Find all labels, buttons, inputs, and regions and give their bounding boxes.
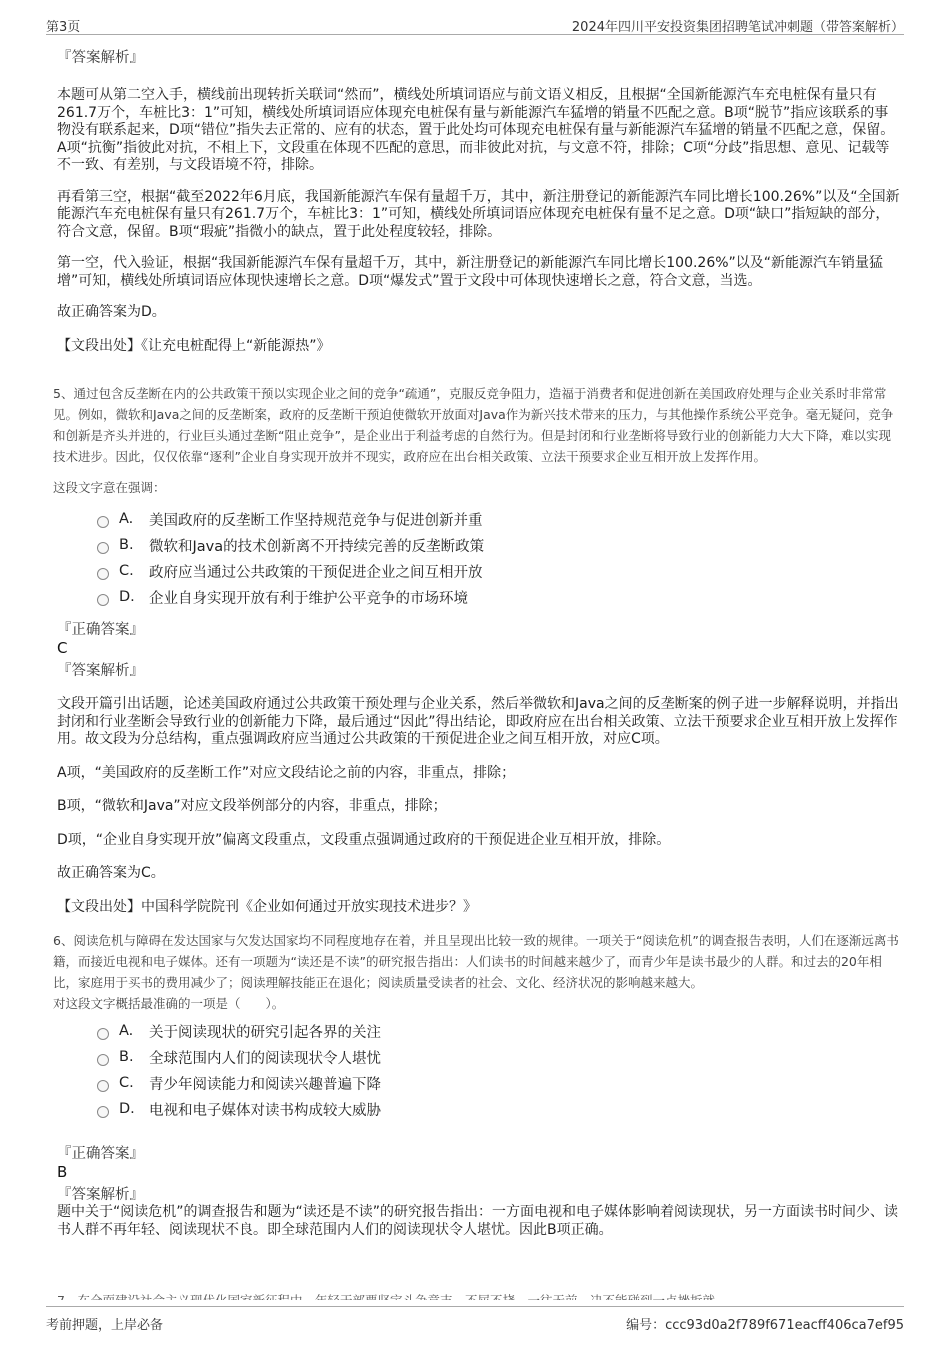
page-footer: 考前押题，上岸必备 编号：ccc93d0a2f789f671eacff406ca…	[46, 1306, 904, 1307]
footer-slogan: 考前押题，上岸必备	[46, 1314, 163, 1333]
source-citation: 【文段出处】《让充电桩配得上“新能源热”》	[57, 338, 902, 356]
radio-button[interactable]	[97, 542, 109, 554]
analysis-paragraph: A项，“美国政府的反垄断工作”对应文段结论之前的内容，非重点，排除；	[57, 765, 902, 783]
analysis-paragraph: B项，“微软和Java”对应文段举例部分的内容，非重点，排除；	[57, 798, 902, 816]
radio-button[interactable]	[97, 516, 109, 528]
question-stem: 5、通过包含反垄断在内的公共政策干预以实现企业之间的竞争“疏通”，克服反竞争阻力…	[53, 383, 902, 467]
analysis-label: 『答案解析』	[57, 659, 902, 680]
document-title: 2024年四川平安投资集团招聘笔试冲刺题（带答案解析）	[572, 16, 904, 35]
question-prompt: 对这段文字概括最准确的一项是（ ）。	[53, 993, 902, 1014]
question-stem: 6、阅读危机与障碍在发达国家与欠发达国家均不同程度地存在着，并且呈现出比较一致的…	[53, 930, 902, 993]
option-d[interactable]: D. 企业自身实现开放有利于维护公平竞争的市场环境	[97, 584, 902, 610]
analysis-paragraph: 第一空，代入验证，根据“我国新能源汽车保有量超千万，其中，新注册登记的新能源汽车…	[57, 255, 902, 290]
question-prompt: 这段文字意在强调：	[53, 477, 902, 498]
analysis-label: 『答案解析』	[57, 46, 902, 67]
correct-answer-label: 『正确答案』	[57, 618, 902, 639]
option-a[interactable]: A. 关于阅读现状的研究引起各界的关注	[97, 1018, 902, 1044]
analysis-paragraph: D项，“企业自身实现开放”偏离文段重点，文段重点强调通过政府的干预促进企业互相开…	[57, 832, 902, 850]
option-c[interactable]: C. 青少年阅读能力和阅读兴趣普遍下降	[97, 1070, 902, 1096]
analysis-paragraph: 题中关于“阅读危机”的调查报告和题为“读还是不读”的研究报告指出：一方面电视和电…	[57, 1204, 902, 1239]
radio-button[interactable]	[97, 1028, 109, 1040]
radio-button[interactable]	[97, 1106, 109, 1118]
radio-button[interactable]	[97, 568, 109, 580]
option-c[interactable]: C. 政府应当通过公共政策的干预促进企业之间互相开放	[97, 558, 902, 584]
source-citation: 【文段出处】中国科学院院刊《企业如何通过开放实现技术进步？》	[57, 899, 902, 917]
radio-button[interactable]	[97, 1054, 109, 1066]
analysis-paragraph: 本题可从第二空入手，横线前出现转折关联词“然而”，横线处所填词语应与前文语义相反…	[57, 87, 902, 175]
conclusion: 故正确答案为D。	[57, 304, 902, 322]
page-content: 『答案解析』 本题可从第二空入手，横线前出现转折关联词“然而”，横线处所填词语应…	[57, 40, 902, 1239]
correct-answer: B	[57, 1163, 902, 1181]
option-d[interactable]: D. 电视和电子媒体对读书构成较大威胁	[97, 1096, 902, 1122]
conclusion: 故正确答案为C。	[57, 865, 902, 883]
analysis-paragraph: 文段开篇引出话题，论述美国政府通过公共政策干预处理与企业关系，然后举微软和Jav…	[57, 696, 902, 749]
option-b[interactable]: B. 微软和Java的技术创新离不开持续完善的反垄断政策	[97, 532, 902, 558]
option-a[interactable]: A. 美国政府的反垄断工作坚持规范竞争与促进创新并重	[97, 506, 902, 532]
correct-answer-label: 『正确答案』	[57, 1142, 902, 1163]
analysis-paragraph: 再看第三空，根据“截至2022年6月底，我国新能源汽车保有量超千万，其中，新注册…	[57, 189, 902, 242]
page-number: 第3页	[46, 16, 80, 35]
option-b[interactable]: B. 全球范围内人们的阅读现状令人堪忧	[97, 1044, 902, 1070]
document-id: 编号：ccc93d0a2f789f671eacff406ca7ef95	[626, 1314, 904, 1333]
correct-answer: C	[57, 639, 902, 657]
radio-button[interactable]	[97, 594, 109, 606]
next-question-cutoff: 7、在全面建设社会主义现代化国家新征程中，年轻干部要坚定斗争意志，不屈不挠，一往…	[57, 1290, 902, 1300]
radio-button[interactable]	[97, 1080, 109, 1092]
analysis-label: 『答案解析』	[57, 1183, 902, 1204]
option-list: A. 关于阅读现状的研究引起各界的关注 B. 全球范围内人们的阅读现状令人堪忧 …	[97, 1018, 902, 1122]
option-list: A. 美国政府的反垄断工作坚持规范竞争与促进创新并重 B. 微软和Java的技术…	[97, 506, 902, 610]
page-header: 第3页 2024年四川平安投资集团招聘笔试冲刺题（带答案解析）	[46, 14, 904, 35]
